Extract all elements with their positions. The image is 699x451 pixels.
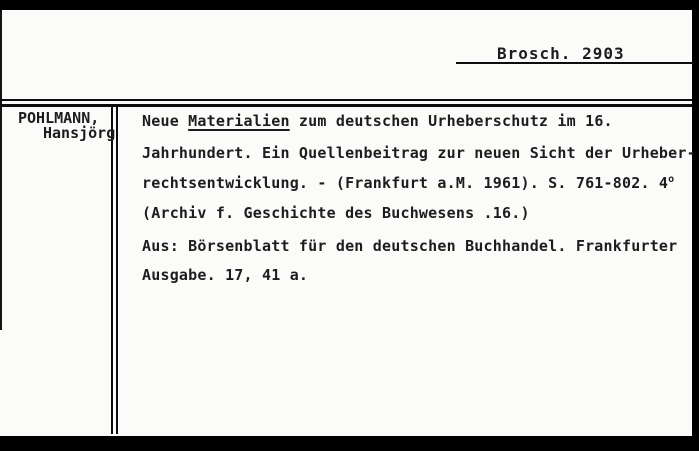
scan-border-right: [692, 10, 699, 451]
entry-line-5: Aus: Börsenblatt für den deutschen Buchh…: [142, 237, 677, 255]
column-divider-left: [111, 107, 113, 434]
catalog-card: Brosch. 2903 POHLMANN, Hansjörg Neue Mat…: [0, 0, 699, 451]
author-forename: Hansjörg: [43, 124, 115, 142]
quarto-superscript: o: [668, 174, 674, 185]
title-underlined-word: Materialien: [188, 112, 290, 130]
scan-border-bottom: [0, 436, 699, 451]
column-divider-right: [116, 107, 118, 434]
shelfmark: Brosch. 2903: [497, 44, 625, 63]
title-suffix: zum deutschen Urheberschutz im 16.: [290, 112, 613, 130]
entry-line-3: rechtsentwicklung. - (Frankfurt a.M. 196…: [142, 174, 674, 192]
entry-line-3-text: rechtsentwicklung. - (Frankfurt a.M. 196…: [142, 174, 668, 192]
scan-border-left: [0, 10, 2, 330]
header-rule-thin: [0, 99, 692, 101]
header-rule-thick: [0, 104, 692, 107]
title-prefix: Neue: [142, 112, 188, 130]
scan-border-top: [0, 0, 699, 10]
shelfmark-underline: [456, 62, 694, 64]
entry-line-4: (Archiv f. Geschichte des Buchwesens .16…: [142, 204, 530, 222]
entry-line-1: Neue Materialien zum deutschen Urhebersc…: [142, 112, 613, 130]
entry-line-2: Jahrhundert. Ein Quellenbeitrag zur neue…: [142, 144, 696, 162]
entry-line-6: Ausgabe. 17, 41 a.: [142, 266, 308, 284]
